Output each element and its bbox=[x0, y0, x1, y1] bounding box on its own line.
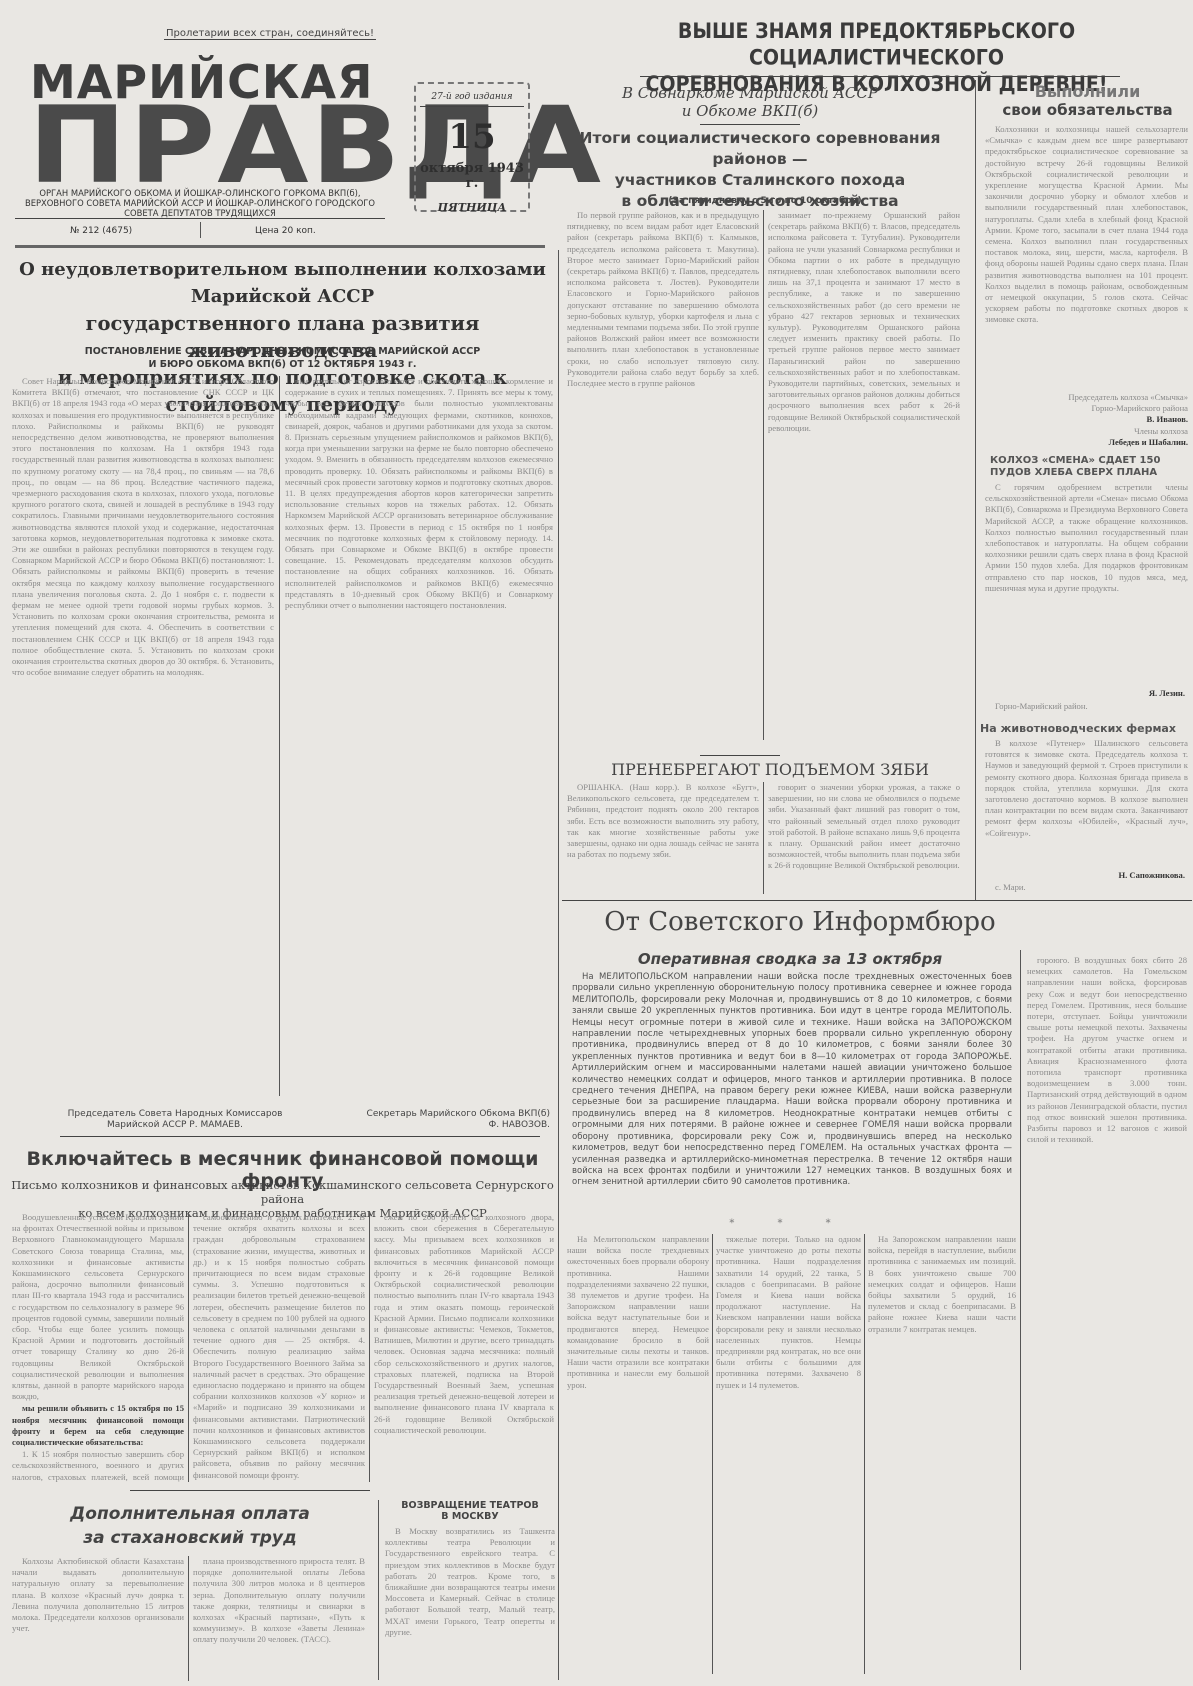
column-rule bbox=[369, 1212, 370, 1482]
issue-day: 15 bbox=[416, 117, 528, 157]
competition-rule bbox=[700, 124, 800, 125]
sidebar-article2-text: С горячим одобрением встретили члены сел… bbox=[985, 482, 1188, 682]
finance-col2: самообложению и других платежей. 2. В те… bbox=[193, 1212, 365, 1484]
informburo-top-rule bbox=[562, 900, 1192, 901]
column-rule bbox=[378, 1500, 379, 1680]
competition-preheading: В Совнаркоме Марийской АССР и Обкоме ВКП… bbox=[580, 84, 920, 120]
lead-col1: Совет Народных Комиссаров Марийской АССР… bbox=[12, 376, 274, 1100]
sidebar-article3-headline: На животноводческих фермах bbox=[980, 722, 1190, 735]
zyab-col2: говорит о значении уборки урожая, а такж… bbox=[768, 782, 960, 894]
finance-col3: ежем по 200 рублей на колхозного двора, … bbox=[374, 1212, 554, 1484]
lead-signature-right: Секретарь Марийского Обкома ВКП(б) Ф. НА… bbox=[330, 1109, 550, 1131]
column-rule bbox=[763, 210, 764, 740]
zyab-headline: ПРЕНЕБРЕГАЮТ ПОДЪЕМОМ ЗЯБИ bbox=[565, 760, 975, 779]
lead-signature-left: Председатель Совета Народных Комиссаров … bbox=[60, 1109, 290, 1131]
sidebar-article3-text: В колхозе «Путенер» Шалинского сельсовет… bbox=[985, 738, 1188, 868]
issue-price: Цена 20 коп. bbox=[255, 226, 316, 236]
informburo-lower-col3: На Запорожском направлении наши войска, … bbox=[868, 1234, 1016, 1674]
stakhanov-col2: плана производственного прироста телят. … bbox=[193, 1556, 365, 1681]
sidebar-article1-headline: Выполнили свои обязательства bbox=[985, 82, 1190, 119]
sidebar-article1-signature: Председатель колхоза «Смычка» Горно-Мари… bbox=[985, 392, 1188, 448]
page-column-rule bbox=[558, 250, 559, 1680]
separator-asterisks: * * * bbox=[570, 1218, 1010, 1229]
sidebar-article2-signature: Я. Лезин. bbox=[985, 688, 1185, 699]
theatres-text: В Москву возвратились из Ташкента коллек… bbox=[385, 1526, 555, 1681]
sidebar-article3-signature: Н. Сапожникова. bbox=[985, 870, 1185, 881]
masthead-bottom-rule bbox=[15, 245, 545, 248]
column-rule bbox=[712, 1234, 713, 1674]
column-rule bbox=[279, 376, 280, 1096]
competition-dateline: (За пятидневку с 5-го по 10 октября) bbox=[570, 196, 960, 206]
finance-col1: Воодушевленные успехами Красной Армии на… bbox=[12, 1212, 184, 1484]
informburo-summary: На МЕЛИТОПОЛЬСКОМ направлении наши войск… bbox=[572, 972, 1012, 1210]
column-rule bbox=[864, 1234, 865, 1674]
zyab-col1: ОРШАНКА. (Наш корр.). В колхозе «Бугт», … bbox=[567, 782, 759, 894]
finance-bottom-rule bbox=[130, 1490, 370, 1491]
informburo-right-col: гороюго. В воздушных боях сбито 28 немец… bbox=[1027, 955, 1187, 1675]
zyab-rule bbox=[700, 755, 780, 756]
informburo-subheadline: Оперативная сводка за 13 октября bbox=[570, 950, 1010, 968]
issue-divider bbox=[200, 222, 201, 238]
issue-weekday: ПЯТНИЦА bbox=[416, 201, 528, 214]
lead-subheadline: ПОСТАНОВЛЕНИЕ СОВЕТА НАРОДНЫХ КОМИССАРОВ… bbox=[10, 345, 555, 371]
masthead-organ-statement: ОРГАН МАРИЙСКОГО ОБКОМА И ЙОШКАР-ОЛИНСКО… bbox=[15, 188, 385, 218]
informburo-lower-col1: На Мелитопольском направлении наши войск… bbox=[567, 1234, 709, 1674]
banner-rule bbox=[640, 76, 1120, 77]
date-box: 27-й год издания 15 октября 1943 г. ПЯТН… bbox=[414, 82, 530, 212]
issue-month-year: октября 1943 г. bbox=[416, 161, 528, 191]
issue-number: № 212 (4675) bbox=[70, 226, 132, 236]
lead-bottom-rule bbox=[60, 1136, 540, 1137]
lead-col2: ные группы от взрослого скота и обеспечи… bbox=[285, 376, 553, 1100]
competition-col2: занимает по-прежнему Оршанский район (се… bbox=[768, 210, 960, 740]
stakhanov-col1: Колхозы Актюбинской области Казахстана н… bbox=[12, 1556, 184, 1681]
stakhanov-headline: Дополнительная оплата за стахановский тр… bbox=[20, 1502, 360, 1550]
column-rule bbox=[188, 1556, 189, 1681]
masthead-divider bbox=[15, 218, 385, 219]
column-rule bbox=[1020, 950, 1021, 1670]
column-rule bbox=[188, 1212, 189, 1482]
sidebar-article2-place: Горно-Марийский район. bbox=[995, 701, 1185, 712]
competition-col1: По первой группе районов, как и в предыд… bbox=[567, 210, 759, 740]
sidebar-rule bbox=[975, 80, 976, 900]
column-rule bbox=[763, 782, 764, 894]
sidebar-article1-text: Колхозники и колхозницы нашей сельхозарт… bbox=[985, 124, 1188, 389]
informburo-lower-col2: тяжелые потери. Только на одном участке … bbox=[716, 1234, 861, 1674]
informburo-headline: От Советского Информбюро bbox=[565, 907, 1035, 937]
theatres-headline: ВОЗВРАЩЕНИЕ ТЕАТРОВ В МОСКВУ bbox=[385, 1500, 555, 1522]
year-of-publication: 27-й год издания bbox=[420, 92, 524, 107]
masthead-slogan: Пролетарии всех стран, соединяйтесь! bbox=[0, 28, 540, 39]
sidebar-article3-place: с. Мари. bbox=[995, 882, 1185, 893]
sidebar-article2-headline: КОЛХОЗ «СМЕНА» СДАЕТ 150 ПУДОВ ХЛЕБА СВЕ… bbox=[990, 455, 1190, 479]
